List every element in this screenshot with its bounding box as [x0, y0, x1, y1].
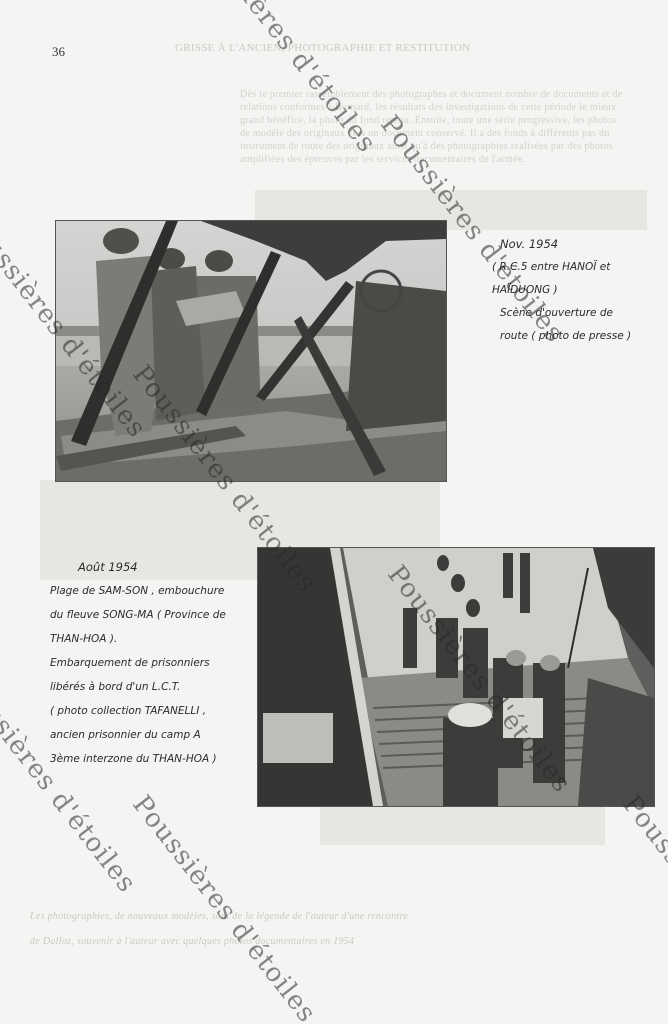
bleed-through-photo-shadow [320, 805, 605, 845]
caption-line: HAÏDUONG ) [492, 279, 662, 302]
caption-line: ( R.C.5 entre HANOÏ et [492, 256, 662, 279]
bleed-through-paragraph: Dès le premier rassemblement des photogr… [240, 88, 650, 166]
caption-date: Nov. 1954 [492, 233, 662, 256]
bleed-through-footer: Les photographies, de nouveaux modèles, … [30, 910, 620, 948]
caption-line: route ( photo de presse ) [492, 325, 662, 348]
bleed-through-header: GRISSE À L'ANCIEN, PHOTOGRAPHIE ET RESTI… [175, 42, 515, 55]
photo-soldiers-vehicle-image [56, 221, 446, 481]
caption-embarkation: Août 1954 Plage de SAM-SON , embouchure … [50, 555, 260, 771]
bleed-line: relations conformes à Bernard, les résul… [240, 101, 650, 114]
photo-embarkation [257, 547, 655, 807]
caption-date: Août 1954 [50, 555, 260, 579]
caption-line: du fleuve SONG-MA ( Province de [50, 603, 260, 627]
caption-line: THAN-HOA ). [50, 627, 260, 651]
caption-line: ( photo collection TAFANELLI , [50, 699, 260, 723]
page-number: 36 [52, 44, 65, 60]
bleed-line: Les photographies, de nouveaux modèles, … [30, 910, 620, 923]
caption-line: Scène d'ouverture de [492, 302, 662, 325]
caption-line: ancien prisonnier du camp A [50, 723, 260, 747]
bleed-line: amplifiées des épreuves par les services… [240, 153, 650, 166]
photo-road-opening [55, 220, 447, 482]
bleed-line: Dès le premier rassemblement des photogr… [240, 88, 650, 101]
watermark: Poussières d'étoiles [616, 790, 668, 1024]
caption-line: Embarquement de prisonniers [50, 651, 260, 675]
caption-line: libérés à bord d'un L.C.T. [50, 675, 260, 699]
caption-road-opening: Nov. 1954 ( R.C.5 entre HANOÏ et HAÏDUON… [492, 233, 662, 348]
caption-line: 3ème interzone du THAN-HOA ) [50, 747, 260, 771]
photo-lct-boarding-image [258, 548, 654, 806]
watermark: Poussières d'étoiles [126, 790, 322, 1024]
caption-line: Plage de SAM-SON , embouchure [50, 579, 260, 603]
bleed-line: grand bénéfice, la photo du fond retenu.… [240, 114, 650, 127]
bleed-line: instrument de route des originaux ainsi … [240, 140, 650, 153]
bleed-line: de Dalloz, souvenir à l'auteur avec quel… [30, 935, 620, 948]
bleed-line: de modèle des originaux vers un document… [240, 127, 650, 140]
